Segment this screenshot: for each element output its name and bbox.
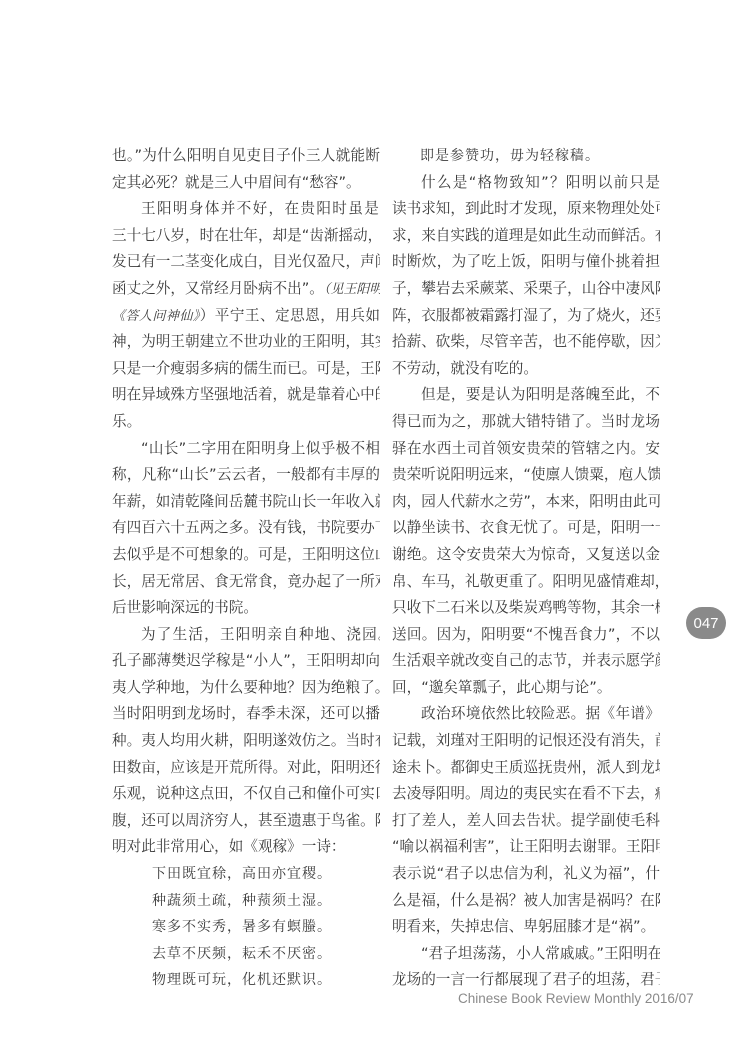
- poem-line: 物理既可玩，化机还默识。: [112, 967, 380, 994]
- text-line-with-citation: 《答人问神仙》）平宁王、定思恩，用兵如: [112, 303, 380, 330]
- text-line: 肉，园人代薪水之劳”，本来，阳明由此可: [392, 489, 660, 516]
- text-span: 函丈之外，又常经月卧病不出”。: [112, 280, 324, 297]
- text-line: 乐。: [112, 409, 380, 436]
- text-line: 田数亩，应该是开荒所得。对此，阳明还很: [112, 755, 380, 782]
- text-line: 表示说“君子以忠信为利，礼义为福”，什: [392, 861, 660, 888]
- text-line: 种。夷人均用火耕，阳明遂效仿之。当时有: [112, 728, 380, 755]
- left-column: 也。”为什么阳明自见吏目子仆三人就能断 定其必死？就是三人中眉间有“愁容”。 王…: [112, 143, 380, 994]
- text-line: 神，为明王朝建立不世功业的王阳明，其实: [112, 329, 380, 356]
- text-line: 夷人学种地，为什么要种地？因为绝粮了。: [112, 675, 380, 702]
- text-span: ）平宁王、定思恩，用兵如: [200, 307, 380, 324]
- poem-line: 下田既宜稌，高田亦宜稷。: [112, 861, 380, 888]
- text-line: 去凌辱阳明。周边的夷民实在看不下去，痛: [392, 781, 660, 808]
- text-line: 回，“邈矣箪瓢子，此心期与论”。: [392, 675, 660, 702]
- paragraph-start: “君子坦荡荡，小人常戚戚。”王阳明在: [392, 941, 660, 968]
- paragraph-start: 王阳明身体并不好，在贵阳时虽是: [112, 196, 380, 223]
- paragraph-start: 政治环境依然比较险恶。据《年谱》: [392, 701, 660, 728]
- text-line: 长，居无常居、食无常食，竟办起了一所对: [112, 569, 380, 596]
- text-line: 读书求知，到此时才发现，原来物理处处可: [392, 196, 660, 223]
- text-line: 不劳动，就没有吃的。: [392, 356, 660, 383]
- text-line: 拾薪、砍柴，尽管辛苦，也不能停歇，因为: [392, 329, 660, 356]
- text-line: 打了差人，差人回去告状。提学副使毛科: [392, 808, 660, 835]
- text-line: 以静坐读书、衣食无忧了。可是，阳明一一: [392, 515, 660, 542]
- text-line: 明在异域殊方坚强地活着，就是靠着心中的: [112, 382, 380, 409]
- poem-line: 寒多不实秀，暑多有螟螣。: [112, 914, 380, 941]
- book-page: 也。”为什么阳明自见吏目子仆三人就能断 定其必死？就是三人中眉间有“愁容”。 王…: [0, 0, 750, 1053]
- text-line: 明对此非常用心，如《观稼》一诗：: [112, 834, 380, 861]
- text-line: 腹，还可以周济穷人，甚至遗惠于鸟雀。阳: [112, 808, 380, 835]
- text-line: 时断炊，为了吃上饭，阳明与僮仆挑着担: [392, 249, 660, 276]
- text-line: 贵荣听说阳明远来，“使廪人馈粟，庖人馈: [392, 462, 660, 489]
- text-line: 帛、车马，礼敬更重了。阳明见盛情难却，: [392, 569, 660, 596]
- paragraph-start: 什么是“格物致知”？阳明以前只是: [392, 170, 660, 197]
- text-line: 称，凡称“山长”云云者，一般都有丰厚的: [112, 462, 380, 489]
- paragraph-start: 但是，要是认为阳明是落魄至此，不: [392, 382, 660, 409]
- text-line: 送回。因为，阳明要“不愧吾食力”，不以: [392, 622, 660, 649]
- text-line: 只收下二石米以及柴炭鸡鸭等物，其余一概: [392, 595, 660, 622]
- page-number-badge: 047: [686, 607, 726, 639]
- text-line-with-citation: 函丈之外，又常经月卧病不出”。（见王阳明: [112, 276, 380, 303]
- text-line: 得已而为之，那就大错特错了。当时龙场: [392, 409, 660, 436]
- poem-line: 去草不厌频，耘禾不厌密。: [112, 941, 380, 968]
- citation: （见王阳明: [324, 282, 380, 297]
- text-line: 发已有一二茎变化成白，目光仅盈尺，声闻: [112, 249, 380, 276]
- text-line: 孔子鄙薄樊迟学稼是“小人”，王阳明却向: [112, 648, 380, 675]
- paragraph-start: “山长”二字用在阳明身上似乎极不相: [112, 436, 380, 463]
- text-line: 生活艰辛就改变自己的志节，并表示愿学颜: [392, 648, 660, 675]
- poem-line: 即是参赞功，毋为轻稼穑。: [392, 143, 660, 170]
- text-line: 明看来，失掉忠信、卑躬屈膝才是“祸”。: [392, 914, 660, 941]
- text-line: “喻以祸福利害”，让王阳明去谢罪。王阳明: [392, 834, 660, 861]
- text-line: 三十七八岁，时在壮年，却是“齿渐摇动，: [112, 223, 380, 250]
- text-line: 年薪，如清乾隆间岳麓书院山长一年收入就: [112, 489, 380, 516]
- text-line: 谢绝。这令安贵荣大为惊奇，又复送以金: [392, 542, 660, 569]
- text-line: 乐观，说种这点田，不仅自己和僮仆可实口: [112, 781, 380, 808]
- citation-title: 《答人问神仙》: [112, 309, 200, 324]
- right-column: 即是参赞功，毋为轻稼穑。 什么是“格物致知”？阳明以前只是 读书求知，到此时才发…: [392, 143, 660, 994]
- text-line: 只是一介瘦弱多病的儒生而已。可是，王阳: [112, 356, 380, 383]
- text-line: 去似乎是不可想象的。可是，王阳明这位山: [112, 542, 380, 569]
- text-line: 有四百六十五两之多。没有钱，书院要办下: [112, 515, 380, 542]
- text-line: 途未卜。都御史王质巡抚贵州，派人到龙场: [392, 755, 660, 782]
- text-line: 当时阳明到龙场时，春季未深，还可以播: [112, 701, 380, 728]
- text-line: 后世影响深远的书院。: [112, 595, 380, 622]
- text-line: 阵，衣服都被霜露打湿了，为了烧火，还要: [392, 303, 660, 330]
- text-line: 求，来自实践的道理是如此生动而鲜活。有: [392, 223, 660, 250]
- text-line: 记载，刘瑾对王阳明的记恨还没有消失，前: [392, 728, 660, 755]
- paragraph-start: 为了生活，王阳明亲自种地、浇园。: [112, 622, 380, 649]
- text-line: 龙场的一言一行都展现了君子的坦荡，君子: [392, 967, 660, 994]
- text-line: 么是福，什么是祸？被人加害是祸吗？在阳: [392, 888, 660, 915]
- text-line: 定其必死？就是三人中眉间有“愁容”。: [112, 170, 380, 197]
- journal-footer: Chinese Book Review Monthly 2016/07: [458, 991, 694, 1006]
- poem-line: 种蔬须土疏，种蓣须土湿。: [112, 888, 380, 915]
- text-line: 也。”为什么阳明自见吏目子仆三人就能断: [112, 143, 380, 170]
- text-line: 子，攀岩去采蕨菜、采栗子，山谷中凄风阵: [392, 276, 660, 303]
- text-line: 驿在水西土司首领安贵荣的管辖之内。安: [392, 436, 660, 463]
